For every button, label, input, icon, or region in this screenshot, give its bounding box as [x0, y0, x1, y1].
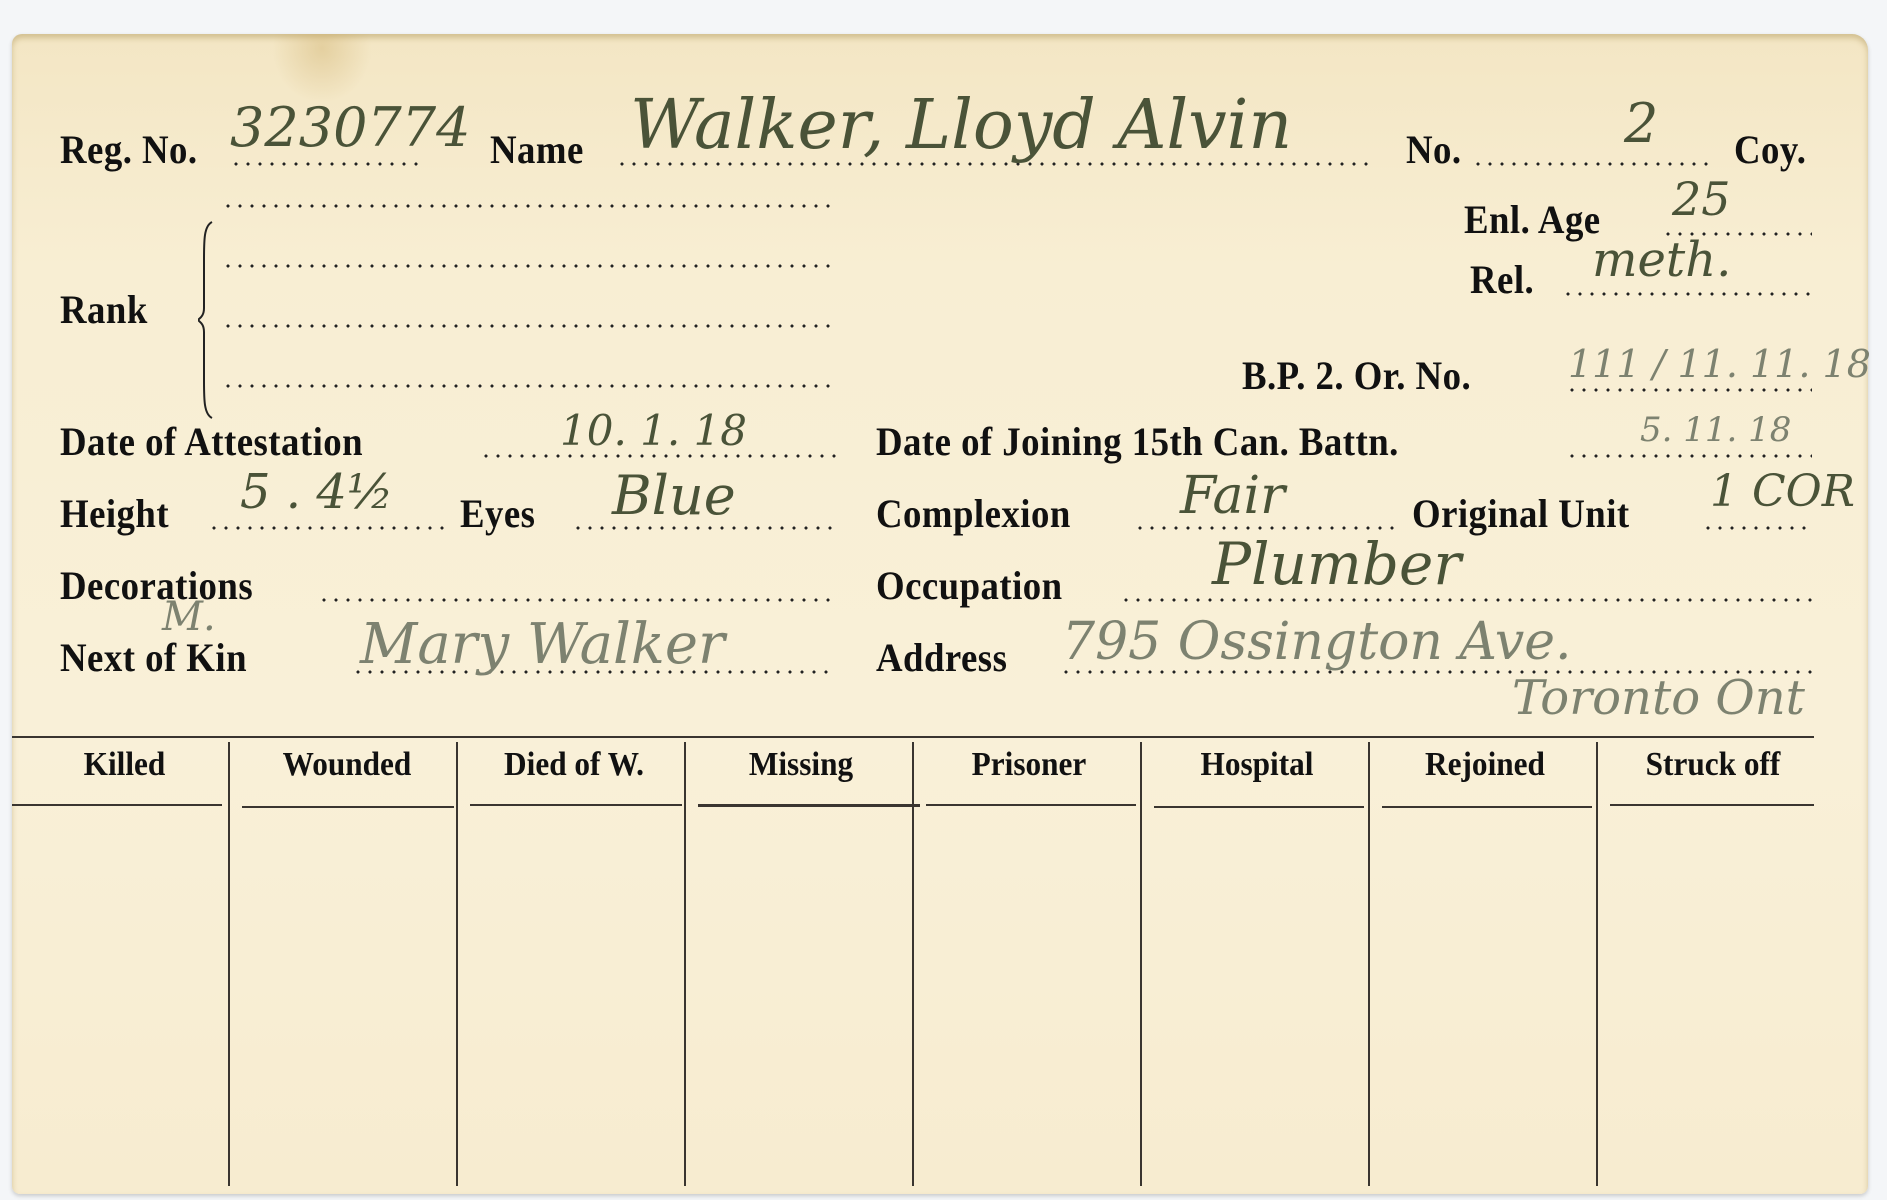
enl-age-label: Enl. Age [1464, 196, 1601, 243]
next-of-kin-label: Next of Kin [60, 634, 247, 681]
bp2-or-no-dotted-line [1566, 388, 1812, 392]
table-top-rule [12, 736, 1814, 738]
company-no-dotted-line [1472, 162, 1712, 166]
header-underline [1610, 804, 1814, 806]
column-divider [912, 742, 914, 1186]
address-line-1: 795 Ossington Ave. [1062, 612, 1572, 672]
rank-line-2 [222, 264, 836, 268]
column-divider [1596, 742, 1598, 1186]
header-underline [1154, 806, 1364, 808]
rel-dotted-line [1562, 292, 1812, 296]
address-line-2: Toronto Ont [1512, 670, 1805, 726]
column-divider [1368, 742, 1370, 1186]
column-header-hospital: Hospital [1159, 746, 1356, 784]
column-header-struck-off: Struck off [1615, 746, 1812, 784]
header-underline [698, 804, 920, 807]
date-of-joining-value: 5. 11. 18 [1640, 410, 1791, 450]
coy-label: Coy. [1734, 126, 1806, 173]
bp2-or-no-value: 111 / 11. 11. 18 [1568, 342, 1871, 386]
header-underline [926, 804, 1136, 806]
rank-label: Rank [60, 286, 148, 333]
date-of-joining-dotted-line [1566, 454, 1812, 458]
service-record-card: Reg. No. 3230774 Name Walker, Lloyd Alvi… [12, 34, 1868, 1194]
column-divider [228, 742, 230, 1186]
column-divider [456, 742, 458, 1186]
rel-value: meth. [1592, 232, 1731, 288]
header-underline [1382, 806, 1592, 808]
column-header-wounded: Wounded [249, 746, 446, 784]
date-of-joining-label: Date of Joining 15th Can. Battn. [876, 418, 1399, 465]
column-header-missing: Missing [703, 746, 900, 784]
column-header-prisoner: Prisoner [931, 746, 1128, 784]
address-label: Address [876, 634, 1007, 681]
rank-brace [198, 220, 218, 420]
name-value: Walker, Lloyd Alvin [630, 86, 1292, 165]
column-divider [684, 742, 686, 1186]
complexion-label: Complexion [876, 490, 1071, 537]
header-underline [12, 804, 222, 806]
rank-line-3 [222, 324, 836, 328]
occupation-dotted-line [1120, 598, 1812, 602]
decorations-dotted-line [318, 598, 836, 602]
original-unit-value: 1 COR [1710, 466, 1855, 517]
reg-no-dotted-line [230, 162, 418, 166]
header-underline [242, 806, 454, 808]
reg-no-label: Reg. No. [60, 126, 198, 173]
water-stain [272, 34, 372, 104]
eyes-label: Eyes [460, 490, 535, 537]
company-no-label: No. [1406, 126, 1462, 173]
occupation-value: Plumber [1212, 530, 1461, 598]
column-header-rejoined: Rejoined [1387, 746, 1584, 784]
column-header-died-of-wounds: Died of W. [476, 746, 673, 784]
height-value: 5 . 4½ [240, 464, 393, 520]
header-underline [470, 804, 682, 806]
original-unit-dotted-line [1702, 526, 1812, 530]
rank-line-4 [222, 384, 836, 388]
eyes-value: Blue [612, 464, 736, 527]
company-no-value: 2 [1624, 92, 1658, 155]
date-of-attestation-label: Date of Attestation [60, 418, 363, 465]
column-header-killed: Killed [30, 746, 219, 784]
rank-line-1 [222, 204, 836, 208]
rel-label: Rel. [1470, 256, 1534, 303]
height-label: Height [60, 490, 169, 537]
enl-age-value: 25 [1672, 172, 1731, 226]
name-label: Name [490, 126, 584, 173]
bp2-or-no-label: B.P. 2. Or. No. [1242, 352, 1471, 399]
column-divider [1140, 742, 1142, 1186]
height-dotted-line [208, 526, 448, 530]
next-of-kin-value: Mary Walker [360, 612, 725, 677]
complexion-value: Fair [1180, 466, 1285, 526]
date-of-attestation-value: 10. 1. 18 [560, 406, 747, 455]
reg-no-value: 3230774 [230, 96, 471, 159]
decorations-label: Decorations [60, 562, 253, 609]
occupation-label: Occupation [876, 562, 1063, 609]
